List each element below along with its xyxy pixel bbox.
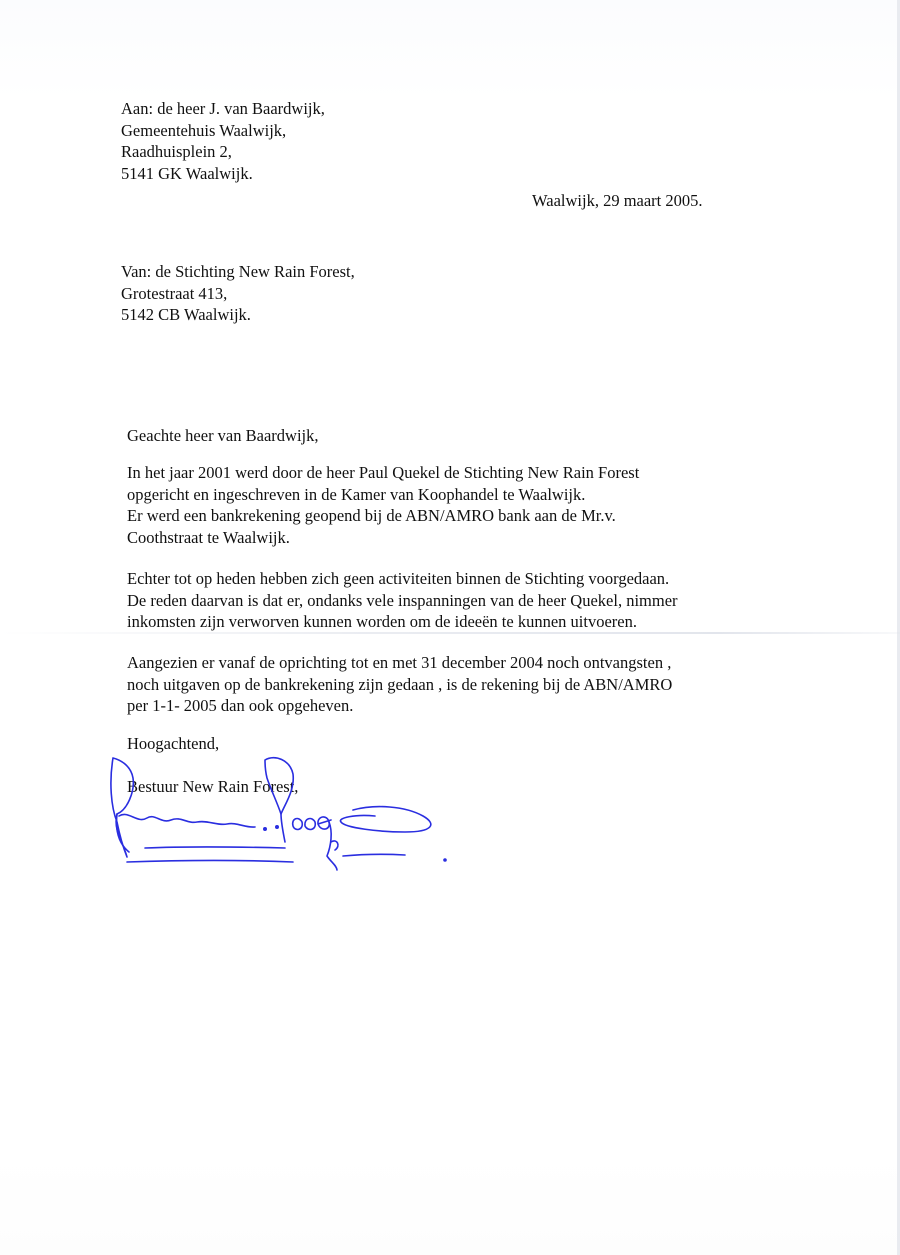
paragraph-account-closed: Aangezien er vanaf de oprichting tot en …: [127, 652, 672, 717]
letter-date: Waalwijk, 29 maart 2005.: [532, 190, 703, 212]
salutation: Geachte heer van Baardwijk,: [127, 425, 319, 447]
sender-line: 5142 CB Waalwijk.: [121, 304, 355, 326]
paragraph-line: Er werd een bankrekening geopend bij de …: [127, 505, 639, 527]
sender-address: Van: de Stichting New Rain Forest, Grote…: [121, 261, 355, 326]
paragraph-line: per 1-1- 2005 dan ook opgeheven.: [127, 695, 672, 717]
paragraph-line: Aangezien er vanaf de oprichting tot en …: [127, 652, 672, 674]
paragraph-line: noch uitgaven op de bankrekening zijn ge…: [127, 674, 672, 696]
paragraph-line: In het jaar 2001 werd door de heer Paul …: [127, 462, 639, 484]
recipient-line: Aan: de heer J. van Baardwijk,: [121, 98, 325, 120]
recipient-line: 5141 GK Waalwijk.: [121, 163, 325, 185]
paragraph-line: opgericht en ingeschreven in de Kamer va…: [127, 484, 639, 506]
paragraph-line: Coothstraat te Waalwijk.: [127, 527, 639, 549]
letter-page: Aan: de heer J. van Baardwijk, Gemeenteh…: [0, 0, 900, 1255]
recipient-address: Aan: de heer J. van Baardwijk, Gemeenteh…: [121, 98, 325, 184]
recipient-line: Gemeentehuis Waalwijk,: [121, 120, 325, 142]
paragraph-line: De reden daarvan is dat er, ondanks vele…: [127, 590, 678, 612]
sender-line: Grotestraat 413,: [121, 283, 355, 305]
paragraph-no-activities: Echter tot op heden hebben zich geen act…: [127, 568, 678, 633]
recipient-line: Raadhuisplein 2,: [121, 141, 325, 163]
paragraph-line: Echter tot op heden hebben zich geen act…: [127, 568, 678, 590]
sender-line: Van: de Stichting New Rain Forest,: [121, 261, 355, 283]
paragraph-line: inkomsten zijn verworven kunnen worden o…: [127, 611, 678, 633]
paragraph-founding: In het jaar 2001 werd door de heer Paul …: [127, 462, 639, 548]
handwritten-signature: [105, 752, 465, 877]
